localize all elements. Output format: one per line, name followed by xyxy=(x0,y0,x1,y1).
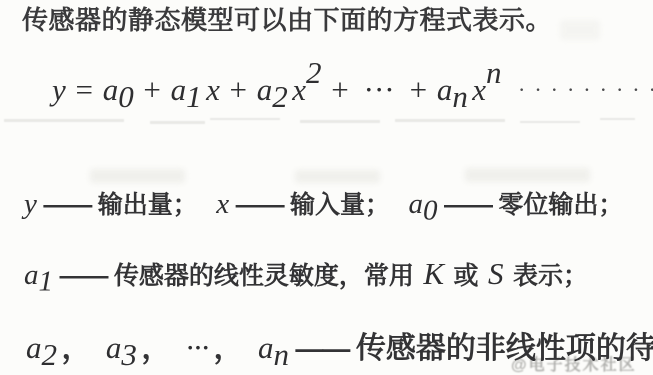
label-denote: 表示； xyxy=(513,262,588,290)
em-dash: —— xyxy=(295,333,349,364)
definition-line-an: a2 ， a3 ， ··· ， an —— 传感器的非线性项的待定常数 xyxy=(26,330,653,372)
eq-sup-2: 2 xyxy=(306,55,322,90)
title-line: 传感器的静态模型可以由下面的方程式表示。 xyxy=(22,6,552,36)
fullwidth-comma: ， xyxy=(61,332,91,365)
plus-sign: + xyxy=(143,72,160,107)
def-coef-a0: a xyxy=(409,188,424,220)
artifact-smudge xyxy=(395,119,505,122)
def-sub-0: 0 xyxy=(423,194,438,226)
plus-sign: + xyxy=(230,72,247,107)
label-input: 输入量； xyxy=(290,191,390,219)
equation-line: y = a0 + a1 x + a2 x2 + ··· + an xn ····… xyxy=(52,55,653,115)
em-dash: —— xyxy=(59,262,107,290)
eq-coef-a0: a xyxy=(103,72,119,107)
def-sub-2: 2 xyxy=(42,337,58,372)
artifact-ghost xyxy=(465,168,590,182)
label-output: 输出量； xyxy=(98,191,198,219)
eq-coef-a2: a xyxy=(257,72,273,107)
label-zero-output: 零位输出； xyxy=(498,191,623,219)
artifact-smudge xyxy=(210,118,280,120)
label-linear-sensitivity: 传感器的线性灵敏度，常用 xyxy=(114,262,414,290)
fullwidth-comma: ， xyxy=(141,332,171,365)
definition-line-a1: a1 —— 传感器的线性灵敏度，常用 K 或 S 表示； xyxy=(24,256,588,299)
document-canvas: 传感器的静态模型可以由下面的方程式表示。 y = a0 + a1 x + a2 … xyxy=(0,0,653,375)
artifact-smudge xyxy=(150,121,205,124)
def-coef-an: a xyxy=(258,330,274,365)
def-sub-n: n xyxy=(273,337,289,372)
eq-sub-2: 2 xyxy=(272,79,288,114)
def-sub-3: 3 xyxy=(121,337,137,372)
symbol-S: S xyxy=(488,256,504,291)
eq-var-x2: x xyxy=(292,72,306,107)
eq-sup-n: n xyxy=(486,55,502,90)
em-dash: —— xyxy=(444,191,492,219)
eq-var-xn: x xyxy=(472,72,486,107)
em-dash: —— xyxy=(236,191,284,219)
eq-var-y: y xyxy=(52,72,66,107)
artifact-ghost xyxy=(90,169,185,183)
fullwidth-comma: ， xyxy=(214,332,244,365)
cdots-ellipsis: ··· xyxy=(186,330,209,365)
plus-sign: + xyxy=(410,72,427,107)
def-var-y: y xyxy=(24,188,37,220)
artifact-smudge xyxy=(4,119,124,122)
eq-coef-a1: a xyxy=(171,72,187,107)
def-coef-a1: a xyxy=(24,259,39,291)
eq-sub-0: 0 xyxy=(118,79,134,114)
def-coef-a3: a xyxy=(106,330,122,365)
cdots-ellipsis: ··· xyxy=(364,72,395,107)
def-sub-1: 1 xyxy=(39,265,54,297)
title-text: 传感器的静态模型可以由下面的方程式表示。 xyxy=(22,5,552,35)
definition-line-y-x-a0: y —— 输出量； x —— 输入量； a0 —— 零位输出； xyxy=(24,188,623,228)
artifact-ghost xyxy=(560,20,600,40)
label-nonlinear-constants: 传感器的非线性项的待定常数 xyxy=(356,332,653,365)
em-dash: —— xyxy=(43,191,91,219)
equals-sign: = xyxy=(75,72,92,107)
def-coef-a2: a xyxy=(26,330,42,365)
trailing-dot-leaders: ········· xyxy=(518,77,653,102)
eq-var-x1: x xyxy=(206,72,220,107)
artifact-ghost xyxy=(295,170,380,183)
symbol-K: K xyxy=(423,256,444,291)
artifact-smudge xyxy=(300,120,380,123)
label-or: 或 xyxy=(454,262,479,290)
artifact-smudge xyxy=(600,118,635,120)
eq-sub-n: n xyxy=(452,79,468,114)
plus-sign: + xyxy=(331,72,348,107)
artifact-smudge xyxy=(520,121,580,123)
def-var-x: x xyxy=(216,188,229,220)
eq-sub-1: 1 xyxy=(186,79,202,114)
eq-coef-an: a xyxy=(437,72,453,107)
